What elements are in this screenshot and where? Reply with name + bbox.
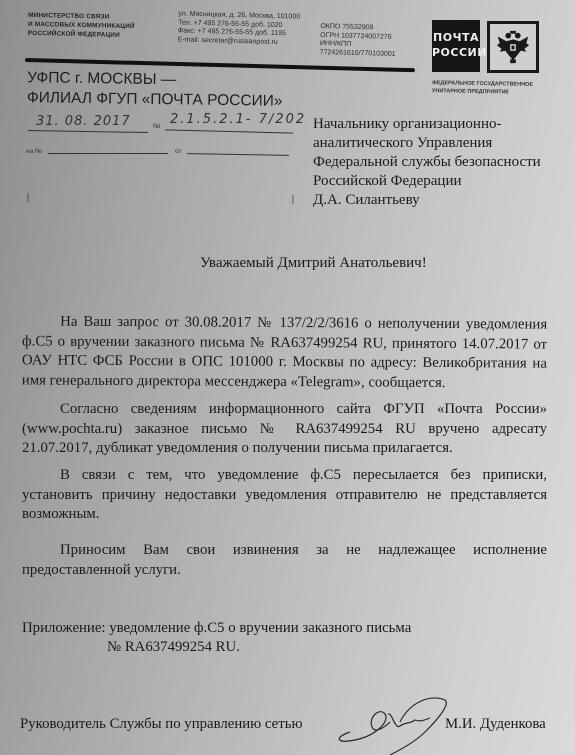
body-paragraph: Согласно сведениям информационного сайта… [22, 400, 547, 459]
number-underline [165, 129, 293, 133]
number-label: № [153, 123, 161, 130]
body-paragraph: Приносим Вам свои извинения за не надлеж… [22, 541, 547, 580]
bracket-left: [ [27, 192, 30, 202]
double-headed-eagle-icon [487, 21, 539, 73]
attachment-number: № RA637499254 RU. [107, 639, 240, 656]
from-label: от [175, 148, 181, 155]
handwritten-signature-icon [330, 692, 460, 755]
signature-scribble-icon [330, 692, 460, 755]
outgoing-date: 31. 08. 2017 [36, 114, 131, 129]
eagle-emblem-icon [494, 28, 532, 66]
pochta-logo: ПОЧТА РОССИИ [432, 20, 480, 72]
registration-codes: ОКПО 75532909 ОГРН 1037724007276 ИНН/КПП… [320, 23, 397, 59]
from-field [187, 153, 289, 156]
enterprise-type: ФЕДЕРАЛЬНОЕ ГОСУДАРСТВЕННОЕ УНИТАРНОЕ ПР… [432, 79, 533, 97]
salutation: Уважаемый Дмитрий Анатольевич! [200, 255, 427, 272]
body-paragraph: На Ваш запрос от 30.08.2017 № 137/2/2/36… [22, 312, 547, 393]
outgoing-number: 2.1.5.2.1- 7/202 [170, 112, 306, 127]
signer-title: Руководитель Службы по управлению сетью [20, 716, 303, 733]
branch-name: УФПС г. МОСКВЫ — ФИЛИАЛ ФГУП «ПОЧТА РОСС… [27, 68, 283, 112]
date-underline [28, 130, 148, 133]
reply-to-label: на № [26, 148, 42, 155]
signer-name: М.И. Дуденкова [445, 716, 546, 733]
recipient-block: Начальнику организационно- аналитическог… [313, 115, 541, 210]
body-paragraph: В связи с тем, что уведомление ф.С5 пере… [22, 466, 547, 525]
bracket-right: ] [291, 194, 294, 204]
attachment-text: Приложение: уведомление ф.С5 о вручении … [22, 619, 411, 639]
ministry-name: МИНИСТЕРСТВО СВЯЗИ И МАССОВЫХ КОММУНИКАЦ… [28, 11, 135, 40]
contact-address: ул. Мясницкая, д. 26, Москва, 101000 Тел… [178, 10, 301, 47]
reply-to-field [48, 153, 168, 154]
